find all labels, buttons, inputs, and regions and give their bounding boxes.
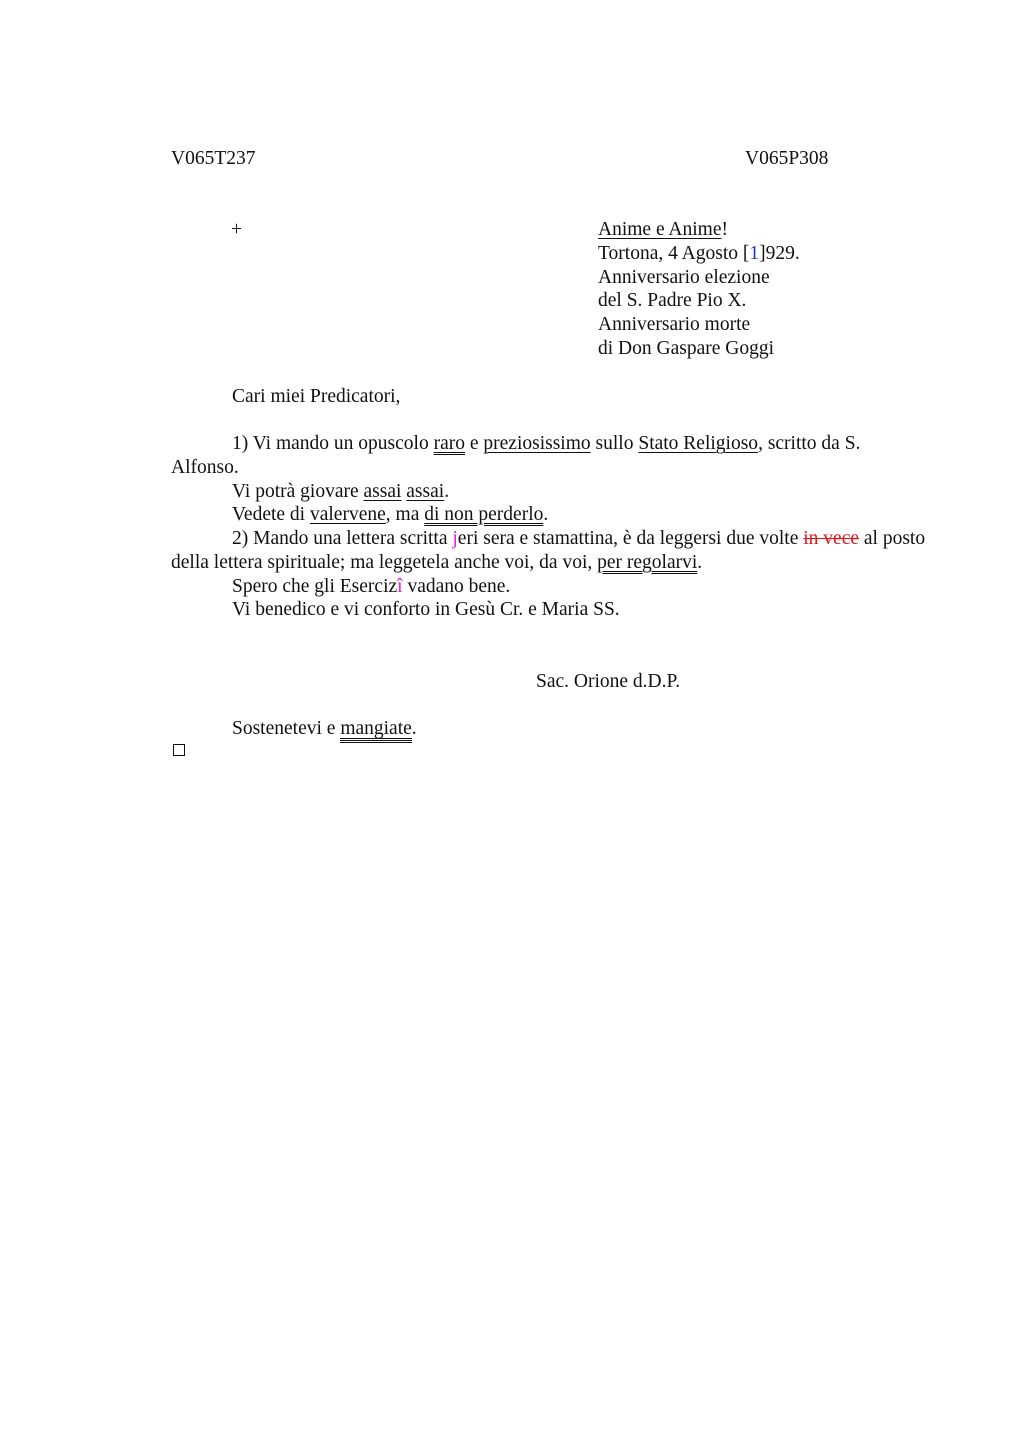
- paragraph-2: Vi potrà giovare assai assai.: [232, 480, 449, 504]
- dateline-line: Anniversario morte: [598, 313, 800, 337]
- greeting: Cari miei Predicatori,: [232, 385, 400, 409]
- motto-exclamation: !: [721, 219, 728, 240]
- document-code-left: V065T237: [171, 147, 256, 171]
- text-run: vadano bene.: [403, 576, 511, 597]
- underlined-preziosissimo: preziosissimo: [483, 433, 590, 454]
- motto-line: Anime e Anime!: [598, 218, 800, 242]
- signature: Sac. Orione d.D.P.: [536, 670, 680, 694]
- dateline-block: Anime e Anime! Tortona, 4 Agosto [1]929.…: [598, 218, 800, 361]
- text-run: eri sera e stamattina, è da leggersi due…: [458, 528, 803, 549]
- paragraph-1: 1) Vi mando un opuscolo raro e preziosis…: [171, 432, 931, 480]
- text-run: .: [697, 552, 702, 573]
- dateline-line: di Don Gaspare Goggi: [598, 337, 800, 361]
- underlined-raro: raro: [434, 433, 465, 454]
- text-run: .: [444, 481, 449, 502]
- deleted-text: in vece: [803, 528, 859, 549]
- dateline-line: Anniversario elezione: [598, 266, 800, 290]
- text-run: sullo: [591, 433, 639, 454]
- text-run: Vi potrà giovare: [232, 481, 364, 502]
- text-run: 2) Mando una lettera scritta: [232, 528, 452, 549]
- paragraph-4: 2) Mando una lettera scritta jeri sera e…: [171, 527, 931, 575]
- paragraph-5: Spero che gli Esercizî vadano bene.: [232, 575, 510, 599]
- underlined-valervene: valervene: [310, 504, 386, 525]
- editorial-insert: 1: [749, 243, 759, 264]
- text-run: Vedete di: [232, 504, 310, 525]
- place-date-post: ]929.: [759, 243, 800, 264]
- underlined-assai: assai: [406, 481, 444, 502]
- motto-text: Anime e Anime: [598, 219, 721, 240]
- paragraph-6: Vi benedico e vi conforto in Gesù Cr. e …: [232, 598, 620, 622]
- text-run: .: [543, 504, 548, 525]
- underlined-stato-religioso: Stato Religioso: [638, 433, 758, 454]
- place-date-line: Tortona, 4 Agosto [1]929.: [598, 242, 800, 266]
- text-run: Spero che gli Eserciz: [232, 576, 397, 597]
- underlined-assai: assai: [364, 481, 402, 502]
- text-run: .: [412, 718, 417, 739]
- cross-symbol: +: [231, 218, 242, 242]
- dateline-line: del S. Padre Pio X.: [598, 289, 800, 313]
- end-mark-square-icon: [173, 744, 185, 756]
- underlined-per-regolarvi: per regolarvi: [597, 552, 697, 573]
- underlined-mangiate: mangiate: [340, 720, 411, 741]
- text-run: , ma: [386, 504, 424, 525]
- place-date-pre: Tortona, 4 Agosto [: [598, 243, 749, 264]
- text-run: Sostenetevi e: [232, 718, 340, 739]
- paragraph-3: Vedete di valervene, ma di non perderlo.: [232, 503, 548, 527]
- document-code-right: V065P308: [745, 147, 828, 171]
- underlined-di-non-perderlo: di non perderlo: [424, 504, 543, 525]
- postscript: Sostenetevi e mangiate.: [232, 717, 417, 741]
- text-run: 1) Vi mando un opuscolo: [232, 433, 434, 454]
- text-run: e: [465, 433, 483, 454]
